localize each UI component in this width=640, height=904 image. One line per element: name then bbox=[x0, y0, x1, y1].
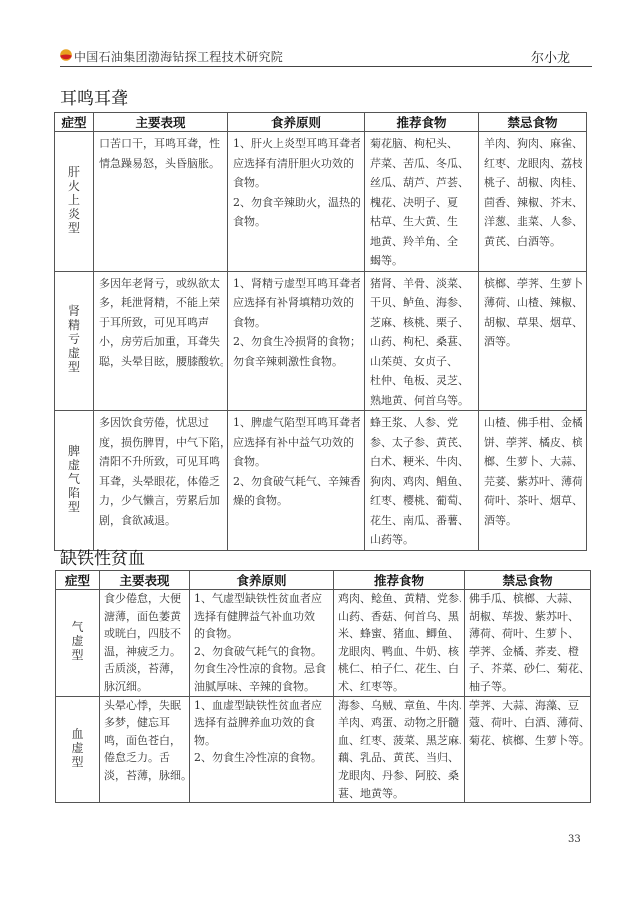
author-name: 尔小龙 bbox=[531, 47, 570, 66]
cell-text-line: 佛手瓜、槟榔、大蒜、 bbox=[469, 590, 587, 608]
anemia-diet-table: 症型 主要表现 食养原则 推荐食物 禁忌食物 气虚型食少倦怠，大便溏薄，面色萎黄… bbox=[55, 570, 591, 803]
cell-text-line: 枯草、生大黄、生 bbox=[370, 212, 474, 232]
cell-text-line: 力，少气懒言，劳累后加 bbox=[99, 491, 223, 511]
cell-text-line: 红枣、龙眼肉、荔枝、 bbox=[484, 154, 582, 174]
cell-text-line: 白术、粳米、牛肉、 bbox=[370, 452, 474, 472]
symptoms-cell: 多因年老肾亏，或纵欲太多，耗泄肾精，不能上荣于耳所致，可见耳鸣声小，房劳后加重，… bbox=[94, 271, 228, 411]
table-header-row: 症型 主要表现 食养原则 推荐食物 禁忌食物 bbox=[55, 113, 587, 132]
cell-text-line: 2、勿食辛辣助火，温热的 bbox=[233, 193, 360, 213]
cell-text-line: 龙眼肉、丹参、阿胶、桑 bbox=[338, 767, 461, 785]
cell-text-line: 胡椒、草果、烟草、 bbox=[484, 313, 582, 333]
cell-text-line: 2、勿食破气耗气、辛辣香 bbox=[233, 472, 360, 492]
cell-text-line: 黄芪、白酒等。 bbox=[484, 232, 582, 252]
symptoms-cell: 食少倦怠，大便溏薄，面色萎黄或晄白，四肢不温，神疲乏力。舌质淡，苔薄，脉沉细。 bbox=[100, 590, 190, 697]
column-header: 主要表现 bbox=[100, 571, 190, 590]
cell-text-line: 山药等。 bbox=[370, 530, 474, 550]
cell-text-line: 薄荷、山楂、辣椒、 bbox=[484, 293, 582, 313]
cell-text-line: 狗肉、鸡肉、鲳鱼、 bbox=[370, 472, 474, 492]
cell-text-line: 2、勿食生冷性凉的食物。 bbox=[194, 749, 330, 767]
cell-text-line: 燥的食物。 bbox=[233, 491, 360, 511]
recommended-foods-cell: 鸡肉、鲶鱼、黄精、党参、山药、香菇、何首乌、黑米、蜂蜜、猪血、鲫鱼、龙眼肉、鸭血… bbox=[334, 590, 465, 697]
column-header: 推荐食物 bbox=[334, 571, 465, 590]
cell-text-line: 山茱萸、女贞子、 bbox=[370, 352, 474, 372]
cell-text-line: 清阳不升所致，可见耳鸣 bbox=[99, 452, 223, 472]
cell-text-line: 术、红枣等。 bbox=[338, 678, 461, 696]
cell-text-line: 茴香、辣椒、芥末、 bbox=[484, 193, 582, 213]
cell-text-line: 蝎等。 bbox=[370, 251, 474, 271]
cell-text-line: 芫荽、紫苏叶、薄荷、 bbox=[484, 472, 582, 492]
cell-text-line: 红枣、樱桃、葡萄、 bbox=[370, 491, 474, 511]
cell-text-line: 猪肾、羊骨、淡菜、 bbox=[370, 274, 474, 294]
syndrome-type: 肝火上炎型 bbox=[68, 165, 80, 235]
cell-text-line: 食物。 bbox=[233, 212, 360, 232]
syndrome-type-cell: 脾虚气陷型 bbox=[55, 411, 94, 551]
cell-text-line: 洋葱、韭菜、人参、 bbox=[484, 212, 582, 232]
section-title-tinnitus: 耳鸣耳聋 bbox=[60, 84, 128, 109]
syndrome-type: 气虚型 bbox=[72, 620, 84, 662]
table-row: 脾虚气陷型多因饮食劳倦，忧思过度，损伤脾胃，中气下陷，清阳不升所致，可见耳鸣耳聋… bbox=[55, 411, 587, 551]
organization-name: 中国石油集团渤海钻探工程技术研究院 bbox=[74, 48, 283, 65]
cell-text-line: 荸荠、大蒜、海藻、豆 bbox=[469, 697, 587, 715]
section-title-anemia: 缺铁性贫血 bbox=[60, 544, 145, 569]
cell-text-line: 鸡肉、鲶鱼、黄精、党参、 bbox=[338, 590, 461, 608]
cell-text-line: 应选择有补中益气功效的 bbox=[233, 433, 360, 453]
cell-text-line: 或晄白，四肢不 bbox=[104, 625, 186, 643]
cell-text-line: 脉沉细。 bbox=[104, 678, 186, 696]
symptoms-cell: 口苦口干，耳鸣耳聋，性情急躁易怒，头昏脑胀。 bbox=[94, 132, 228, 272]
cell-text-line: 淡，苔薄，脉细。 bbox=[104, 767, 186, 785]
principles-cell: 1、血虚型缺铁性贫血者应选择有益脾养血功效的食物。2、勿食生冷性凉的食物。 bbox=[190, 696, 334, 803]
forbidden-foods-cell: 荸荠、大蒜、海藻、豆蔻、荷叶、白酒、薄荷、菊花、槟榔、生萝卜等。 bbox=[465, 696, 591, 803]
cell-text-line: 榔、生萝卜、大蒜、 bbox=[484, 452, 582, 472]
cell-text-line: 多梦，健忘耳 bbox=[104, 714, 186, 732]
cell-text-line: 饼、荸荠、橘皮、槟 bbox=[484, 433, 582, 453]
cell-text-line: 桃仁、柏子仁、花生、白 bbox=[338, 660, 461, 678]
cell-text-line: 1、气虚型缺铁性贫血者应 bbox=[194, 590, 330, 608]
column-header: 主要表现 bbox=[94, 113, 228, 132]
cell-text-line: 子、芥菜、砂仁、菊花、 bbox=[469, 660, 587, 678]
page-header: 中国石油集团渤海钻探工程技术研究院 尔小龙 bbox=[60, 46, 592, 67]
cell-text-line: 油腻厚味、辛辣的食物。 bbox=[194, 678, 330, 696]
syndrome-type-cell: 肝火上炎型 bbox=[55, 132, 94, 272]
cell-text-line: 羊肉、狗肉、麻雀、 bbox=[484, 134, 582, 154]
forbidden-foods-cell: 羊肉、狗肉、麻雀、红枣、龙眼肉、荔枝、桃子、胡椒、肉桂、茴香、辣椒、芥末、洋葱、… bbox=[479, 132, 587, 272]
cell-text-line: 薄荷、荷叶、生萝卜、 bbox=[469, 625, 587, 643]
cell-text-line: 槟榔、荸荠、生萝卜、 bbox=[484, 274, 582, 294]
recommended-foods-cell: 菊花脑、枸杞头、芹菜、苦瓜、冬瓜、丝瓜、葫芦、芦荟、槐花、决明子、夏枯草、生大黄… bbox=[365, 132, 479, 272]
column-header: 症型 bbox=[55, 113, 94, 132]
cell-text-line: 酒等。 bbox=[484, 332, 582, 352]
cell-text-line: 选择有益脾养血功效的食 bbox=[194, 714, 330, 732]
cell-text-line: 勿食生冷性凉的食物。忌食 bbox=[194, 660, 330, 678]
cell-text-line: 口苦口干，耳鸣耳聋，性 bbox=[99, 134, 223, 154]
cell-text-line: 芹菜、苦瓜、冬瓜、 bbox=[370, 154, 474, 174]
cell-text-line: 葚、地黄等。 bbox=[338, 785, 461, 803]
cell-text-line: 度，损伤脾胃，中气下陷， bbox=[99, 433, 223, 453]
cell-text-line: 花生、南瓜、番薯、 bbox=[370, 511, 474, 531]
cell-text-line: 1、肝火上炎型耳鸣耳聋者， bbox=[233, 134, 360, 154]
cell-text-line: 菊花脑、枸杞头、 bbox=[370, 134, 474, 154]
cell-text-line: 应选择有补肾填精功效的 bbox=[233, 293, 360, 313]
cell-text-line: 蔻、荷叶、白酒、薄荷、 bbox=[469, 714, 587, 732]
cell-text-line: 舌质淡，苔薄， bbox=[104, 660, 186, 678]
syndrome-type-cell: 血虚型 bbox=[56, 696, 100, 803]
cell-text-line: 耳聋，头晕眼花，体倦乏 bbox=[99, 472, 223, 492]
table-header-row: 症型 主要表现 食养原则 推荐食物 禁忌食物 bbox=[56, 571, 591, 590]
cell-text-line: 勿食辛辣刺激性食物。 bbox=[233, 352, 360, 372]
syndrome-type-cell: 肾精亏虚型 bbox=[55, 271, 94, 411]
column-header: 禁忌食物 bbox=[479, 113, 587, 132]
column-header: 食养原则 bbox=[228, 113, 365, 132]
cell-text-line: 海参、乌贼、章鱼、牛肉、 bbox=[338, 697, 461, 715]
table-row: 气虚型食少倦怠，大便溏薄，面色萎黄或晄白，四肢不温，神疲乏力。舌质淡，苔薄，脉沉… bbox=[56, 590, 591, 697]
column-header: 禁忌食物 bbox=[465, 571, 591, 590]
cell-text-line: 食少倦怠，大便 bbox=[104, 590, 186, 608]
cell-text-line: 熟地黄、何首乌等。 bbox=[370, 391, 474, 411]
cell-text-line: 物。 bbox=[194, 732, 330, 750]
cell-text-line: 柚子等。 bbox=[469, 678, 587, 696]
principles-cell: 1、气虚型缺铁性贫血者应选择有健脾益气补血功效的食物。2、勿食破气耗气的食物。勿… bbox=[190, 590, 334, 697]
cell-text-line: 2、勿食生冷损肾的食物； bbox=[233, 332, 360, 352]
cell-text-line: 米、蜂蜜、猪血、鲫鱼、 bbox=[338, 625, 461, 643]
cell-text-line: 情急躁易怒，头昏脑胀。 bbox=[99, 154, 223, 174]
cell-text-line: 温，神疲乏力。 bbox=[104, 643, 186, 661]
table-row: 血虚型头晕心悸，失眠多梦，健忘耳鸣，面色苍白，倦怠乏力。舌淡，苔薄，脉细。1、血… bbox=[56, 696, 591, 803]
cell-text-line: 蜂王浆、人参、党 bbox=[370, 413, 474, 433]
cell-text-line: 食物。 bbox=[233, 173, 360, 193]
cell-text-line: 干贝、鲈鱼、海参、 bbox=[370, 293, 474, 313]
cell-text-line: 荸荠、金橘、荞麦、橙 bbox=[469, 643, 587, 661]
cell-text-line: 藕、乳品、黄芪、当归、 bbox=[338, 749, 461, 767]
cnpc-logo-icon bbox=[60, 49, 72, 61]
cell-text-line: 地黄、羚羊角、全 bbox=[370, 232, 474, 252]
cell-text-line: 杜仲、龟板、灵芝、 bbox=[370, 371, 474, 391]
cell-text-line: 山药、枸杞、桑葚、 bbox=[370, 332, 474, 352]
cell-text-line: 多因年老肾亏，或纵欲太 bbox=[99, 274, 223, 294]
cell-text-line: 胡椒、荜拨、紫苏叶、 bbox=[469, 608, 587, 626]
page-number: 33 bbox=[568, 834, 581, 845]
column-header: 症型 bbox=[56, 571, 100, 590]
cell-text-line: 山药、香菇、何首乌、黑 bbox=[338, 608, 461, 626]
cell-text-line: 槐花、决明子、夏 bbox=[370, 193, 474, 213]
syndrome-type: 血虚型 bbox=[72, 727, 84, 769]
cell-text-line: 选择有健脾益气补血功效 bbox=[194, 608, 330, 626]
recommended-foods-cell: 猪肾、羊骨、淡菜、干贝、鲈鱼、海参、芝麻、核桃、栗子、山药、枸杞、桑葚、山茱萸、… bbox=[365, 271, 479, 411]
cell-text-line: 龙眼肉、鸭血、牛奶、核 bbox=[338, 643, 461, 661]
cell-text-line: 多因饮食劳倦，忧思过 bbox=[99, 413, 223, 433]
cell-text-line: 1、血虚型缺铁性贫血者应 bbox=[194, 697, 330, 715]
recommended-foods-cell: 海参、乌贼、章鱼、牛肉、羊肉、鸡蛋、动物之肝髓血、红枣、菠菜、黑芝麻、藕、乳品、… bbox=[334, 696, 465, 803]
cell-text-line: 应选择有清肝胆火功效的 bbox=[233, 154, 360, 174]
principles-cell: 1、肾精亏虚型耳鸣耳聋者应选择有补肾填精功效的食物。2、勿食生冷损肾的食物；勿食… bbox=[228, 271, 365, 411]
symptoms-cell: 头晕心悸，失眠多梦，健忘耳鸣，面色苍白，倦怠乏力。舌淡，苔薄，脉细。 bbox=[100, 696, 190, 803]
table-row: 肾精亏虚型多因年老肾亏，或纵欲太多，耗泄肾精，不能上荣于耳所致，可见耳鸣声小，房… bbox=[55, 271, 587, 411]
cell-text-line: 山楂、佛手柑、金橘 bbox=[484, 413, 582, 433]
principles-cell: 1、肝火上炎型耳鸣耳聋者，应选择有清肝胆火功效的食物。2、勿食辛辣助火，温热的食… bbox=[228, 132, 365, 272]
forbidden-foods-cell: 山楂、佛手柑、金橘饼、荸荠、橘皮、槟榔、生萝卜、大蒜、芫荽、紫苏叶、薄荷、荷叶、… bbox=[479, 411, 587, 551]
column-header: 推荐食物 bbox=[365, 113, 479, 132]
cell-text-line: 倦怠乏力。舌 bbox=[104, 749, 186, 767]
cell-text-line: 小，房劳后加重，耳聋失 bbox=[99, 332, 223, 352]
cell-text-line: 食物。 bbox=[233, 313, 360, 333]
tinnitus-diet-table: 症型 主要表现 食养原则 推荐食物 禁忌食物 肝火上炎型口苦口干，耳鸣耳聋，性情… bbox=[54, 112, 587, 551]
cell-text-line: 芝麻、核桃、栗子、 bbox=[370, 313, 474, 333]
cell-text-line: 丝瓜、葫芦、芦荟、 bbox=[370, 173, 474, 193]
cell-text-line: 2、勿食破气耗气的食物。 bbox=[194, 643, 330, 661]
cell-text-line: 酒等。 bbox=[484, 511, 582, 531]
syndrome-type-cell: 气虚型 bbox=[56, 590, 100, 697]
cell-text-line: 的食物。 bbox=[194, 625, 330, 643]
cell-text-line: 羊肉、鸡蛋、动物之肝髓 bbox=[338, 714, 461, 732]
forbidden-foods-cell: 槟榔、荸荠、生萝卜、薄荷、山楂、辣椒、胡椒、草果、烟草、酒等。 bbox=[479, 271, 587, 411]
cell-text-line: 1、脾虚气陷型耳鸣耳聋者 bbox=[233, 413, 360, 433]
table-row: 肝火上炎型口苦口干，耳鸣耳聋，性情急躁易怒，头昏脑胀。1、肝火上炎型耳鸣耳聋者，… bbox=[55, 132, 587, 272]
symptoms-cell: 多因饮食劳倦，忧思过度，损伤脾胃，中气下陷，清阳不升所致，可见耳鸣耳聋，头晕眼花… bbox=[94, 411, 228, 551]
cell-text-line: 溏薄，面色萎黄 bbox=[104, 608, 186, 626]
syndrome-type: 肾精亏虚型 bbox=[68, 304, 80, 374]
cell-text-line: 血、红枣、菠菜、黑芝麻、 bbox=[338, 732, 461, 750]
forbidden-foods-cell: 佛手瓜、槟榔、大蒜、胡椒、荜拨、紫苏叶、薄荷、荷叶、生萝卜、荸荠、金橘、荞麦、橙… bbox=[465, 590, 591, 697]
recommended-foods-cell: 蜂王浆、人参、党参、太子参、黄芪、白术、粳米、牛肉、狗肉、鸡肉、鲳鱼、红枣、樱桃… bbox=[365, 411, 479, 551]
column-header: 食养原则 bbox=[190, 571, 334, 590]
cell-text-line: 聪，头晕目眩，腰膝酸软。 bbox=[99, 352, 223, 372]
cell-text-line: 剧，食欲减退。 bbox=[99, 511, 223, 531]
cell-text-line: 鸣，面色苍白， bbox=[104, 732, 186, 750]
cell-text-line: 桃子、胡椒、肉桂、 bbox=[484, 173, 582, 193]
cell-text-line: 头晕心悸，失眠 bbox=[104, 697, 186, 715]
cell-text-line: 荷叶、茶叶、烟草、 bbox=[484, 491, 582, 511]
cell-text-line: 于耳所致，可见耳鸣声 bbox=[99, 313, 223, 333]
syndrome-type: 脾虚气陷型 bbox=[68, 444, 80, 514]
cell-text-line: 参、太子参、黄芪、 bbox=[370, 433, 474, 453]
cell-text-line: 多，耗泄肾精，不能上荣 bbox=[99, 293, 223, 313]
cell-text-line: 菊花、槟榔、生萝卜等。 bbox=[469, 732, 587, 750]
cell-text-line: 1、肾精亏虚型耳鸣耳聋者 bbox=[233, 274, 360, 294]
principles-cell: 1、脾虚气陷型耳鸣耳聋者应选择有补中益气功效的食物。2、勿食破气耗气、辛辣香燥的… bbox=[228, 411, 365, 551]
cell-text-line: 食物。 bbox=[233, 452, 360, 472]
